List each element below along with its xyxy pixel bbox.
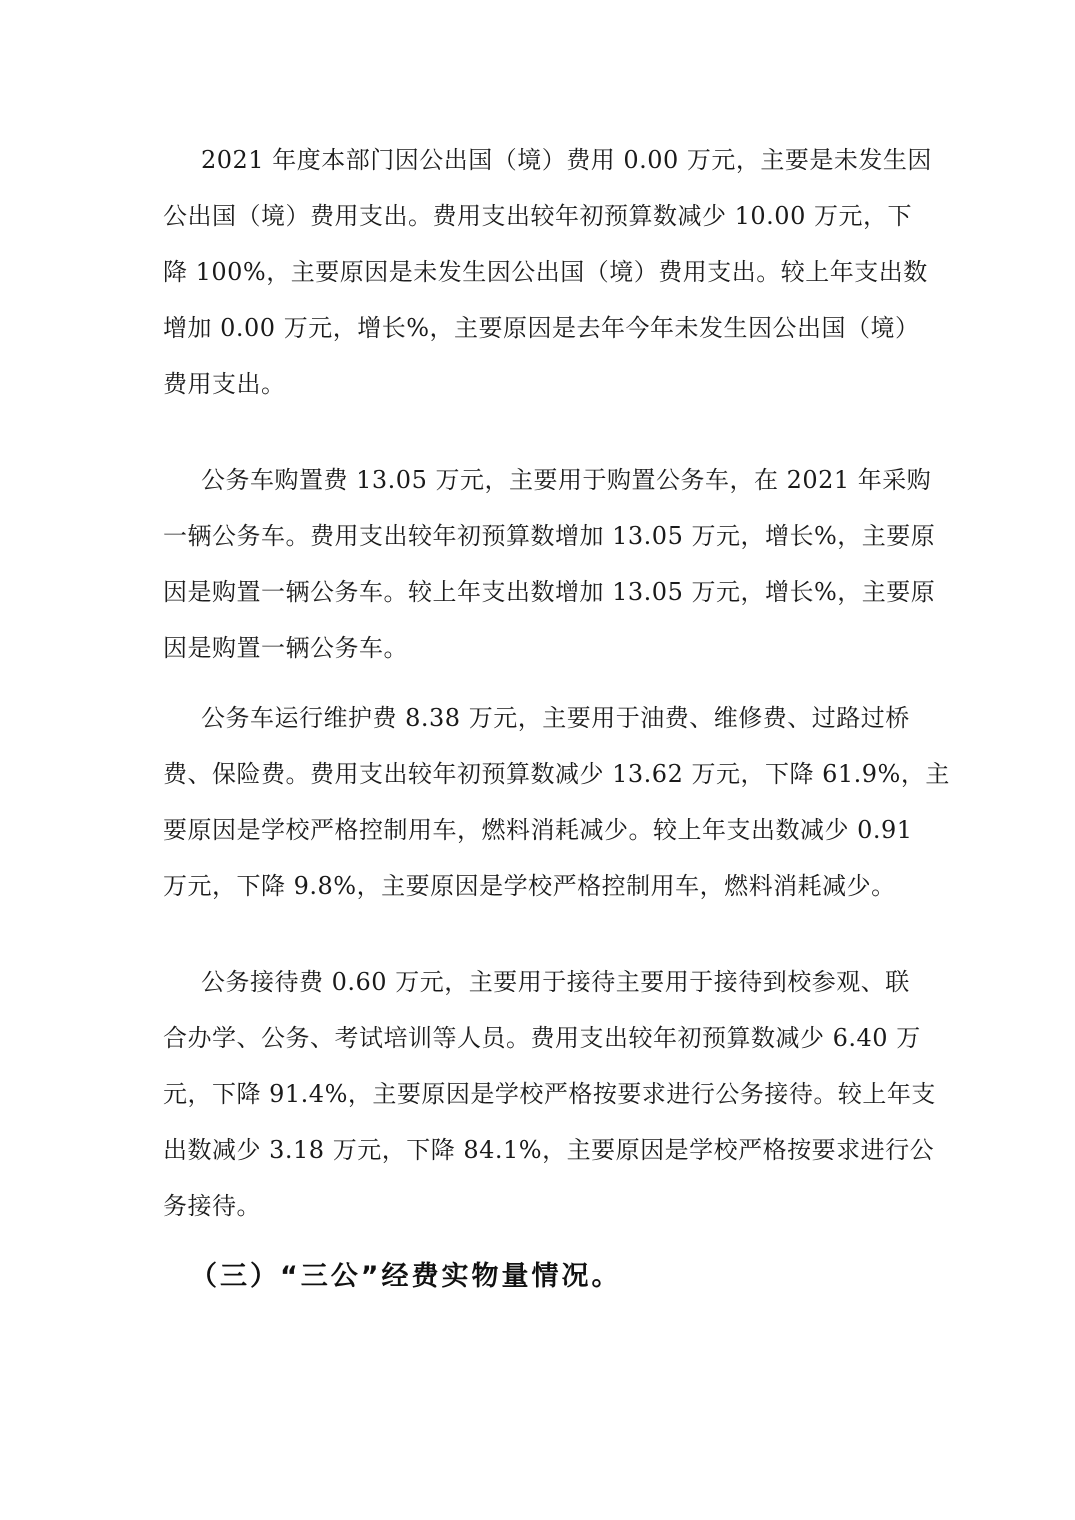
text-line: 万元，下降 9.8%，主要原因是学校严格控制用车，燃料消耗减少。 (163, 870, 896, 902)
document-page: 2021 年度本部门因公出国（境）费用 0.00 万元，主要是未发生因 公出国（… (0, 0, 1075, 1520)
text-line: 2021 年度本部门因公出国（境）费用 0.00 万元，主要是未发生因 (201, 144, 932, 176)
text-line: 公务车购置费 13.05 万元，主要用于购置公务车，在 2021 年采购 (201, 464, 931, 496)
text-line: 因是购置一辆公务车。 (163, 632, 408, 664)
text-line: 降 100%，主要原因是未发生因公出国（境）费用支出。较上年支出数 (163, 256, 928, 288)
text-line: 增加 0.00 万元，增长%，主要原因是去年今年未发生因公出国（境） (163, 312, 920, 344)
text-line: 公务车运行维护费 8.38 万元，主要用于油费、维修费、过路过桥 (201, 702, 910, 734)
text-line: 公务接待费 0.60 万元，主要用于接待主要用于接待到校参观、联 (201, 966, 910, 998)
text-line: 元，下降 91.4%，主要原因是学校严格按要求进行公务接待。较上年支 (163, 1078, 936, 1110)
text-line: 公出国（境）费用支出。费用支出较年初预算数减少 10.00 万元，下 (163, 200, 912, 232)
text-line: 因是购置一辆公务车。较上年支出数增加 13.05 万元，增长%，主要原 (163, 576, 935, 608)
text-line: 要原因是学校严格控制用车，燃料消耗减少。较上年支出数减少 0.91 (163, 814, 913, 846)
text-line: 费、保险费。费用支出较年初预算数减少 13.62 万元，下降 61.9%，主 (163, 758, 950, 790)
text-line: 一辆公务车。费用支出较年初预算数增加 13.05 万元，增长%，主要原 (163, 520, 935, 552)
text-line: 务接待。 (163, 1190, 261, 1222)
text-line: 出数减少 3.18 万元，下降 84.1%，主要原因是学校严格按要求进行公 (163, 1134, 934, 1166)
section-heading: （三）“三公”经费实物量情况。 (190, 1254, 622, 1293)
text-line: 费用支出。 (163, 368, 286, 400)
text-line: 合办学、公务、考试培训等人员。费用支出较年初预算数减少 6.40 万 (163, 1022, 921, 1054)
